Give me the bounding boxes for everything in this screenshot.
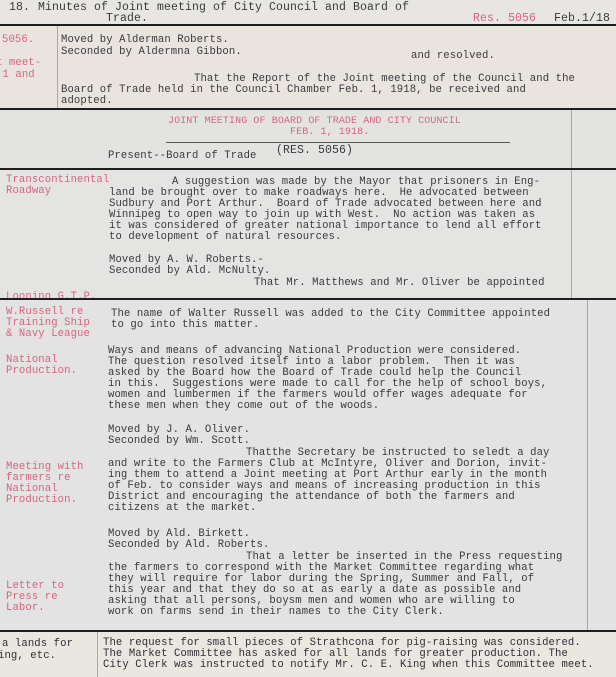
pig-raising-lands-strip: a lands for ing, etc. The request for sm… (0, 632, 616, 677)
margin-line (571, 170, 572, 298)
margin-note: '1 and (0, 69, 35, 81)
margin-note: ing, etc. (0, 650, 56, 662)
margin-note: t meet- (0, 57, 41, 69)
heading-underline (166, 142, 510, 143)
transcontinental-roadway-strip: Transcontinental Roadway A suggestion wa… (0, 170, 616, 298)
seconded-by: Seconded by Ald. Roberts. (108, 539, 269, 551)
margin-line (57, 26, 58, 108)
margin-note: & Navy League (6, 328, 90, 340)
margin-note: a lands for (2, 638, 73, 650)
resolution-body-line: adopted. (61, 95, 113, 107)
minutes-header-strip: 18. Minutes of Joint meeting of City Cou… (0, 0, 616, 24)
body-line: City Clerk was instructed to notify Mr. … (103, 659, 594, 671)
minutes-title-line-2: Trade. (106, 13, 148, 24)
margin-note: Production. (6, 365, 77, 377)
resolution-start: That Mr. Matthews and Mr. Oliver be appo… (254, 277, 545, 289)
margin-note: Production. (6, 494, 77, 506)
seconded-by: Seconded by Ald. McNulty. (109, 265, 270, 277)
joint-meeting-heading-strip: JOINT MEETING OF BOARD OF TRADE AND CITY… (0, 110, 616, 168)
res-reference: (RES. 5056) (276, 145, 353, 157)
minutes-title-line-1: Minutes of Joint meeting of City Council… (38, 2, 409, 14)
margin-note: Labor. (6, 602, 45, 614)
margin-line (571, 110, 572, 168)
body-line: to go into this matter. (111, 319, 260, 331)
cut-margin-note: Looning G.T.P. (6, 291, 96, 298)
main-minutes-strip: W.Russell re Training Ship & Navy League… (0, 300, 616, 630)
body-line: work on farms send in their names to the… (108, 606, 444, 618)
margin-line (587, 300, 588, 630)
resolved-text: and resolved. (411, 50, 495, 62)
minutes-date: Feb.1/18 (554, 13, 610, 24)
body-line: these men when they come out of the wood… (108, 400, 379, 412)
resolution-body-line: Board of Trade held in the Council Chamb… (61, 84, 526, 96)
seconded-by: Seconded by Wm. Scott. (108, 435, 250, 447)
present-list: Present--Board of Trade (108, 150, 257, 162)
margin-note: . (0, 81, 2, 93)
resolution-5056-strip: 5056. t meet- '1 and . Moved by Alderman… (0, 26, 616, 108)
resolution-number: Res. 5056 (473, 13, 536, 24)
body-line: citizens at the market. (108, 502, 257, 514)
margin-note: Roadway (6, 185, 51, 197)
body-line: to development of natural resources. (109, 231, 341, 243)
item-number: 18. (9, 2, 30, 14)
moved-by: Moved by Alderman Roberts. (61, 34, 229, 46)
meeting-date-heading: FEB. 1, 1918. (290, 127, 369, 139)
margin-line (97, 632, 98, 677)
seconded-by: Seconded by Aldermna Gibbon. (61, 46, 242, 58)
margin-note: 5056. (2, 34, 34, 46)
